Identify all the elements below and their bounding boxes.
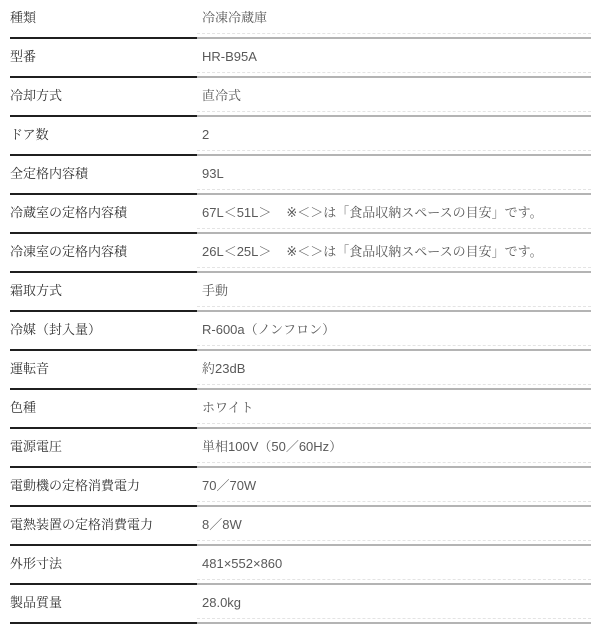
spec-row-freezer-capacity: 冷凍室の定格内容積 26L＜25L＞※＜＞は「食品収納スペースの目安」です。 xyxy=(10,234,591,273)
spec-row-weight: 製品質量 28.0kg xyxy=(10,585,591,624)
spec-value-cell: 手動 xyxy=(197,273,591,312)
spec-row-cooling-method: 冷却方式 直冷式 xyxy=(10,78,591,117)
spec-row-model: 型番 HR-B95A xyxy=(10,39,591,78)
spec-label: 冷蔵室の定格内容積 xyxy=(10,195,197,234)
spec-label: 型番 xyxy=(10,39,197,78)
spec-label: 電動機の定格消費電力 xyxy=(10,468,197,507)
spec-value: 93L xyxy=(202,166,224,183)
spec-value: 28.0kg xyxy=(202,595,241,612)
spec-value-cell: 93L xyxy=(197,156,591,195)
spec-row-motor-power: 電動機の定格消費電力 70／70W xyxy=(10,468,591,507)
spec-label: 製品質量 xyxy=(10,585,197,624)
spec-label: 冷却方式 xyxy=(10,78,197,117)
spec-value: 8／8W xyxy=(202,517,242,534)
spec-value: 2 xyxy=(202,127,209,144)
spec-value-cell: 約23dB xyxy=(197,351,591,390)
product-spec-table: 種類 冷凍冷蔵庫 型番 HR-B95A 冷却方式 直冷式 ドア数 2 全定格内容… xyxy=(10,0,591,624)
spec-row-refrigerant: 冷媒（封入量） R-600a（ノンフロン） xyxy=(10,312,591,351)
spec-label: 種類 xyxy=(10,0,197,39)
spec-value-cell: 8／8W xyxy=(197,507,591,546)
spec-row-door-count: ドア数 2 xyxy=(10,117,591,156)
spec-value-cell: 冷凍冷蔵庫 xyxy=(197,0,591,39)
spec-value-cell: 26L＜25L＞※＜＞は「食品収納スペースの目安」です。 xyxy=(197,234,591,273)
spec-row-operating-noise: 運転音 約23dB xyxy=(10,351,591,390)
spec-value: HR-B95A xyxy=(202,49,257,66)
spec-value: 約23dB xyxy=(202,361,245,378)
spec-row-type: 種類 冷凍冷蔵庫 xyxy=(10,0,591,39)
spec-label: 電熱装置の定格消費電力 xyxy=(10,507,197,546)
spec-label: 運転音 xyxy=(10,351,197,390)
spec-value-cell: HR-B95A xyxy=(197,39,591,78)
spec-value: 26L＜25L＞ xyxy=(202,244,271,261)
spec-value: ホワイト xyxy=(202,400,254,417)
spec-row-color: 色種 ホワイト xyxy=(10,390,591,429)
spec-value: 冷凍冷蔵庫 xyxy=(202,10,267,27)
spec-label: 電源電圧 xyxy=(10,429,197,468)
spec-value-cell: 481×552×860 xyxy=(197,546,591,585)
spec-value: R-600a（ノンフロン） xyxy=(202,322,335,339)
spec-row-dimensions: 外形寸法 481×552×860 xyxy=(10,546,591,585)
spec-value: 手動 xyxy=(202,283,228,300)
spec-label: 外形寸法 xyxy=(10,546,197,585)
spec-row-fridge-capacity: 冷蔵室の定格内容積 67L＜51L＞※＜＞は「食品収納スペースの目安」です。 xyxy=(10,195,591,234)
spec-row-total-capacity: 全定格内容積 93L xyxy=(10,156,591,195)
spec-value-cell: 70／70W xyxy=(197,468,591,507)
spec-value-cell: ホワイト xyxy=(197,390,591,429)
spec-label: ドア数 xyxy=(10,117,197,156)
spec-value-cell: 単相100V（50／60Hz） xyxy=(197,429,591,468)
spec-label: 冷媒（封入量） xyxy=(10,312,197,351)
spec-value: 481×552×860 xyxy=(202,556,282,573)
spec-value: 直冷式 xyxy=(202,88,241,105)
spec-row-power-voltage: 電源電圧 単相100V（50／60Hz） xyxy=(10,429,591,468)
spec-row-defrost-method: 霜取方式 手動 xyxy=(10,273,591,312)
spec-value-cell: 67L＜51L＞※＜＞は「食品収納スペースの目安」です。 xyxy=(197,195,591,234)
spec-value-cell: 直冷式 xyxy=(197,78,591,117)
spec-value-cell: R-600a（ノンフロン） xyxy=(197,312,591,351)
spec-value-cell: 28.0kg xyxy=(197,585,591,624)
spec-value: 70／70W xyxy=(202,478,256,495)
spec-note: ※＜＞は「食品収納スペースの目安」です。 xyxy=(286,205,542,222)
spec-note: ※＜＞は「食品収納スペースの目安」です。 xyxy=(286,244,542,261)
spec-row-heater-power: 電熱装置の定格消費電力 8／8W xyxy=(10,507,591,546)
spec-value: 67L＜51L＞ xyxy=(202,205,271,222)
spec-label: 霜取方式 xyxy=(10,273,197,312)
spec-value-cell: 2 xyxy=(197,117,591,156)
spec-label: 色種 xyxy=(10,390,197,429)
spec-label: 全定格内容積 xyxy=(10,156,197,195)
spec-value: 単相100V（50／60Hz） xyxy=(202,439,342,456)
spec-label: 冷凍室の定格内容積 xyxy=(10,234,197,273)
